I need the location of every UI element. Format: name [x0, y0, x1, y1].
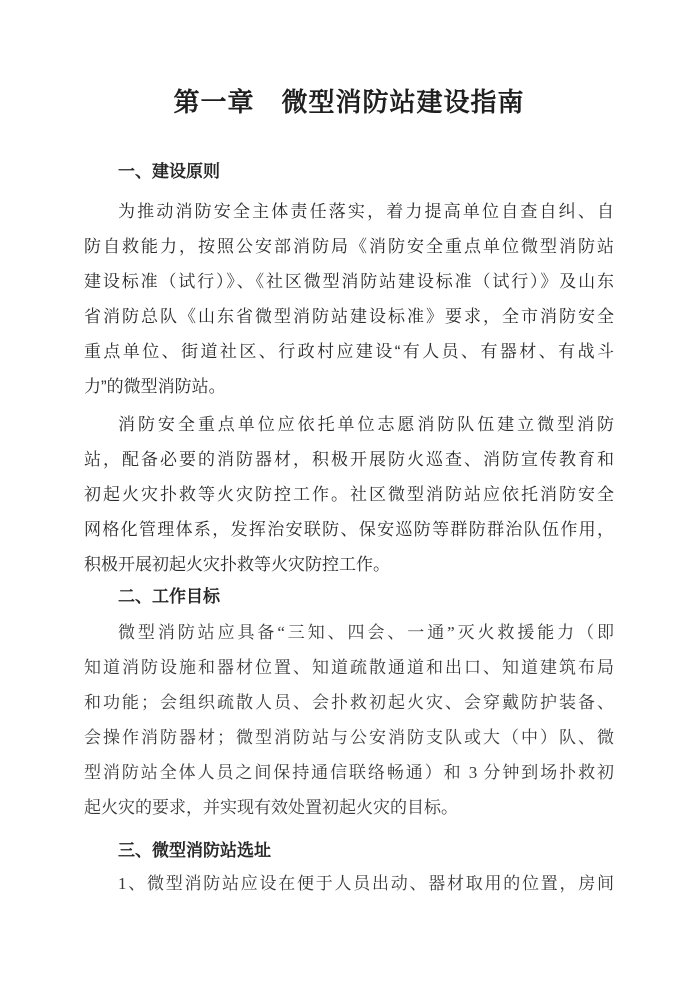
text-line: 力”的微型消防站。 [84, 369, 614, 404]
paragraph: 微型消防站应具备“三知、四会、一通”灭火救援能力（即知道消防设施和器材位置、知道… [84, 615, 614, 825]
text-line: 起火灾的要求，并实现有效处置初起火灾的目标。 [84, 790, 614, 825]
text-line: 1、微型消防站应设在便于人员出动、器材取用的位置，房间 [84, 866, 614, 901]
text-line: 会操作消防器材；微型消防站与公安消防支队或大（中）队、微 [84, 720, 614, 755]
text-line: 型消防站全体人员之间保持通信联络畅通）和 3 分钟到场扑救初 [84, 755, 614, 790]
text-line: 微型消防站应具备“三知、四会、一通”灭火救援能力（即 [84, 615, 614, 650]
section-heading: 三、微型消防站选址 [84, 836, 614, 866]
chapter-title: 第一章 微型消防站建设指南 [84, 84, 614, 120]
text-line: 消防安全重点单位应依托单位志愿消防队伍建立微型消防 [84, 407, 614, 442]
text-line: 省消防总队《山东省微型消防站建设标准》要求，全市消防安全 [84, 299, 614, 334]
text-line: 建设标准（试行）》、《社区微型消防站建设标准（试行）》及山东 [84, 264, 614, 299]
paragraph: 1、微型消防站应设在便于人员出动、器材取用的位置，房间 [84, 866, 614, 901]
text-line: 防自救能力，按照公安部消防局《消防安全重点单位微型消防站 [84, 229, 614, 264]
text-line: 重点单位、街道社区、行政村应建设“有人员、有器材、有战斗 [84, 334, 614, 369]
paragraph: 为推动消防安全主体责任落实，着力提高单位自查自纠、自防自救能力，按照公安部消防局… [84, 194, 614, 404]
text-line: 网格化管理体系，发挥治安联防、保安巡防等群防群治队伍作用， [84, 512, 614, 547]
paragraph: 消防安全重点单位应依托单位志愿消防队伍建立微型消防站，配备必要的消防器材，积极开… [84, 407, 614, 582]
section-heading: 二、工作目标 [84, 582, 614, 612]
text-line: 为推动消防安全主体责任落实，着力提高单位自查自纠、自 [84, 194, 614, 229]
sections-container: 一、建设原则为推动消防安全主体责任落实，着力提高单位自查自纠、自防自救能力，按照… [84, 157, 614, 901]
text-line: 积极开展初起火灾扑救等火灾防控工作。 [84, 547, 614, 582]
text-line: 初起火灾扑救等火灾防控工作。社区微型消防站应依托消防安全 [84, 477, 614, 512]
text-line: 知道消防设施和器材位置、知道疏散通道和出口、知道建筑布局 [84, 650, 614, 685]
section-heading: 一、建设原则 [84, 157, 614, 187]
text-line: 站，配备必要的消防器材，积极开展防火巡查、消防宣传教育和 [84, 442, 614, 477]
document-page: 第一章 微型消防站建设指南 一、建设原则为推动消防安全主体责任落实，着力提高单位… [0, 0, 700, 990]
text-line: 和功能；会组织疏散人员、会扑救初起火灾、会穿戴防护装备、 [84, 685, 614, 720]
document-content: 第一章 微型消防站建设指南 一、建设原则为推动消防安全主体责任落实，着力提高单位… [84, 0, 614, 901]
